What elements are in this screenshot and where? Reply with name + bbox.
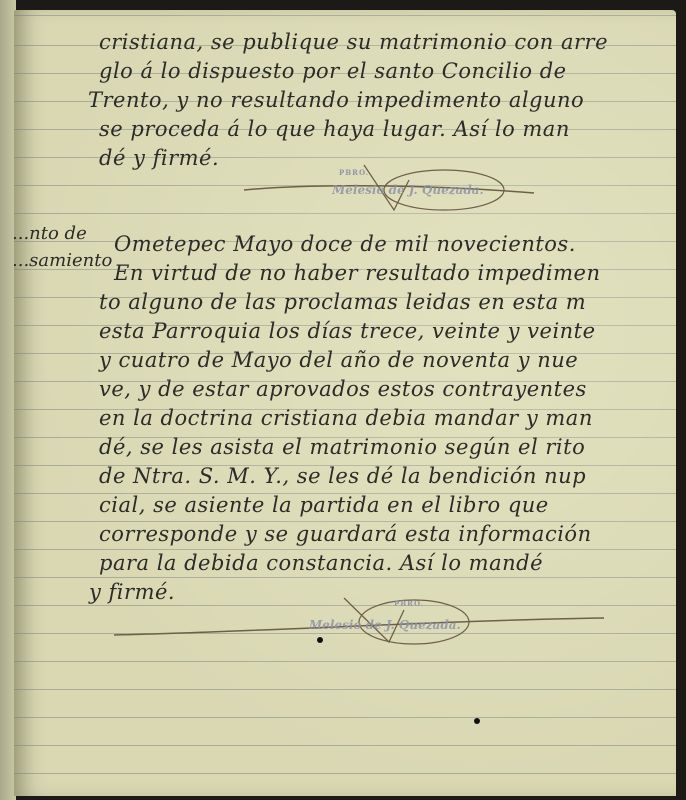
stamp-title: PBRO. — [394, 599, 424, 608]
register-page: cristiana, se publique su matrimonio con… — [14, 10, 676, 796]
text-line: de Ntra. S. M. Y., se les dé la bendició… — [99, 464, 586, 488]
text-line: para la debida constancia. Así lo mandé — [99, 551, 543, 575]
text-line: dé y firmé. — [99, 146, 219, 170]
text-line: dé, se les asista el matrimonio según el… — [99, 435, 585, 459]
margin-note-line: ...nto de — [14, 223, 87, 244]
text-line: Trento, y no resultando impedimento algu… — [88, 88, 584, 112]
text-line: corresponde y se guardará esta informaci… — [99, 522, 592, 546]
text-line: en la doctrina cristiana debia mandar y … — [99, 406, 593, 430]
text-line: y cuatro de Mayo del año de noventa y nu… — [99, 348, 578, 372]
ink-spot — [474, 718, 480, 724]
signature-stamp: Melesio de J. Quezada. — [332, 183, 484, 197]
entry-date-line: Ometepec Mayo doce de mil novecientos. — [114, 232, 576, 256]
text-line: glo á lo dispuesto por el santo Concilio… — [99, 59, 567, 83]
signature-stamp: Melesio de J. Quezada. — [309, 618, 461, 632]
text-line: cial, se asiente la partida en el libro … — [99, 493, 549, 517]
stamp-title: PBRO. — [339, 168, 369, 177]
margin-note-line: ...samiento — [14, 250, 112, 271]
text-line: esta Parroquia los días trece, veinte y … — [99, 319, 596, 343]
text-line: ve, y de estar aprovados estos contrayen… — [99, 377, 587, 401]
signature-flourish — [104, 580, 624, 650]
ink-spot — [317, 637, 323, 643]
text-line: En virtud de no haber resultado impedime… — [114, 261, 600, 285]
text-line: cristiana, se publique su matrimonio con… — [99, 30, 608, 54]
text-line: to alguno de las proclamas leidas en est… — [99, 290, 586, 314]
text-line: se proceda á lo que haya lugar. Así lo m… — [99, 117, 570, 141]
